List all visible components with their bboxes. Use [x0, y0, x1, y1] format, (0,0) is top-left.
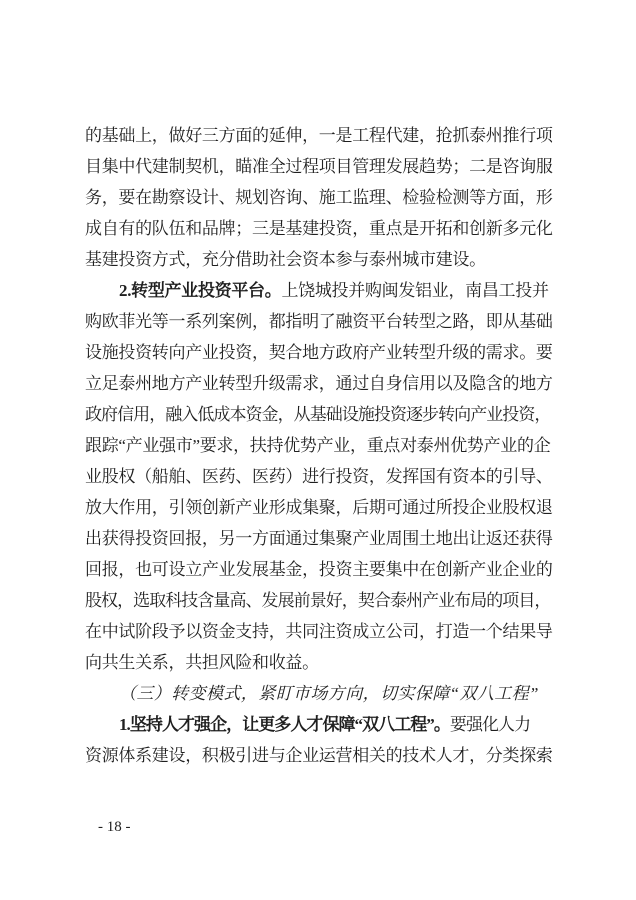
text-line: 目集中代建制契机，瞄准全过程项目管理发展趋势；二是咨询服 [85, 151, 559, 182]
text-line: 2.转型产业投资平台。上饶城投并购闽发铝业，南昌工投并 [85, 275, 559, 306]
text-line: 出获得投资回报，另一方面通过集聚产业周围土地出让返还获得 [85, 523, 559, 554]
text-line: 设施投资转向产业投资，契合地方政府产业转型升级的需求。要 [85, 337, 559, 368]
text-line: 跟踪“产业强市”要求，扶持优势产业，重点对泰州优势产业的企 [85, 430, 559, 461]
text-line: 资源体系建设，积极引进与企业运营相关的技术人才，分类探索 [85, 740, 559, 771]
text-line: 基建投资方式，充分借助社会资本参与泰州城市建设。 [85, 244, 559, 275]
text-block: 的基础上，做好三方面的延伸，一是工程代建，抢抓泰州推行项 目集中代建制契机，瞄准… [85, 120, 559, 771]
document-page: 的基础上，做好三方面的延伸，一是工程代建，抢抓泰州推行项 目集中代建制契机，瞄准… [0, 0, 636, 900]
numbered-heading: 2.转型产业投资平台。 [119, 281, 281, 300]
text-line: 务，要在勘察设计、规划咨询、施工监理、检验检测等方面，形 [85, 182, 559, 213]
text-line: 1.坚持人才强企，让更多人才保障“双八工程”。要强化人力 [85, 709, 559, 740]
text-line: 成自有的队伍和品牌；三是基建投资，重点是开拓和创新多元化 [85, 213, 559, 244]
text-line: 购欧菲光等一系列案例，都指明了融资平台转型之路，即从基础 [85, 306, 559, 337]
text-line: 业股权（船舶、医药、医药）进行投资，发挥国有资本的引导、 [85, 461, 559, 492]
line-text: 上饶城投并购闽发铝业，南昌工投并 [281, 281, 548, 300]
text-line: 回报，也可设立产业发展基金，投资主要集中在创新产业企业的 [85, 554, 559, 585]
page-number: - 18 - [98, 812, 131, 843]
text-line: 股权，选取科技含量高、发展前景好，契合泰州产业布局的项目， [85, 585, 559, 616]
text-line: 的基础上，做好三方面的延伸，一是工程代建，抢抓泰州推行项 [85, 120, 559, 151]
text-line: 向共生关系，共担风险和收益。 [85, 647, 559, 678]
text-line: 立足泰州地方产业转型升级需求，通过自身信用以及隐含的地方 [85, 368, 559, 399]
line-text: 要强化人力 [450, 715, 530, 734]
section-heading: （三）转变模式，紧盯市场方向，切实保障“双八工程” [85, 678, 559, 709]
text-line: 在中试阶段予以资金支持，共同注资成立公司，打造一个结果导 [85, 616, 559, 647]
text-line: 政府信用，融入低成本资金，从基础设施投资逐步转向产业投资， [85, 399, 559, 430]
text-line: 放大作用，引领创新产业形成集聚，后期可通过所投企业股权退 [85, 492, 559, 523]
numbered-heading: 1.坚持人才强企，让更多人才保障“双八工程”。 [119, 715, 450, 734]
